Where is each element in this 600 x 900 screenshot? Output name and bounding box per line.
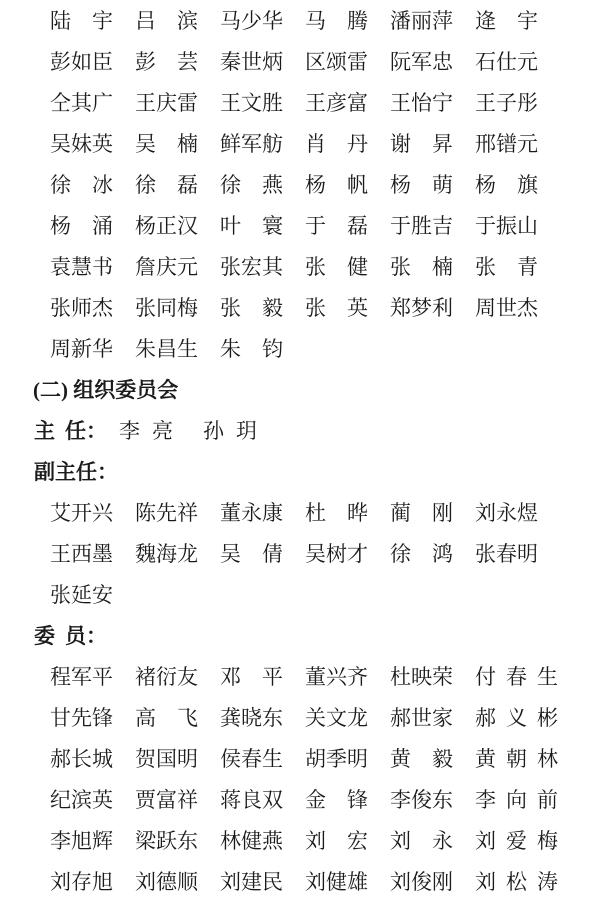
name-row: 张延安 [50,575,600,616]
role-label-row: 主任：李亮孙玥 [34,411,600,452]
name-row: 周新华朱昌生朱 钧 [50,329,600,370]
role-label-colon: ： [97,452,118,493]
name-row: 李旭辉梁跃东林健燕刘 宏刘 永刘爱梅 [50,821,600,862]
person-name: 高 飞 [135,698,198,739]
person-name: 彭 芸 [135,42,198,83]
person-name: 胡季明 [305,739,368,780]
person-name: 于振山 [475,206,538,247]
person-name: 叶 寰 [220,206,283,247]
section-heading-text: (二) 组织委员会 [33,378,178,402]
person-name: 刘存旭 [50,862,113,900]
person-name: 李亮 [119,411,173,452]
person-name: 周新华 [50,329,113,370]
name-row: 艾开兴陈先祥董永康杜 晔蔺 刚刘永煜 [50,493,600,534]
person-name: 孙玥 [203,411,257,452]
person-name: 秦世炳 [220,42,283,83]
person-name: 张宏其 [220,247,283,288]
role-label: 委员 [34,616,86,657]
name-row: 甘先锋高 飞龚晓东关文龙郝世家郝义彬 [50,698,600,739]
role-label: 副主任 [34,452,97,493]
director-names: 李亮孙玥 [119,411,287,452]
person-name: 陈先祥 [135,493,198,534]
person-name: 于 磊 [305,206,368,247]
role-label-row: 委员： [34,616,600,657]
person-name: 张 英 [305,288,368,329]
person-name: 杜 晔 [305,493,368,534]
person-name: 袁慧书 [50,247,113,288]
person-name: 谢 昇 [390,124,453,165]
person-name: 邓 平 [220,657,283,698]
person-name: 朱昌生 [135,329,198,370]
person-name: 黄朝林 [475,739,558,780]
person-name: 马 腾 [305,1,368,42]
person-name: 刘爱梅 [475,821,558,862]
person-name: 区颂雷 [305,42,368,83]
person-name: 李旭辉 [50,821,113,862]
person-name: 刘永煜 [475,493,538,534]
person-name: 徐 磊 [135,165,198,206]
person-name: 詹庆元 [135,247,198,288]
name-row: 纪滨英贾富祥蒋良双金 锋李俊东李向前 [50,780,600,821]
person-name: 邢镨元 [475,124,538,165]
person-name: 杨 帆 [305,165,368,206]
person-name: 程军平 [50,657,113,698]
person-name: 彭如臣 [50,42,113,83]
person-name: 杨 萌 [390,165,453,206]
name-row: 仝其广王庆雷王文胜王彦富王怡宁王子彤 [50,83,600,124]
person-name: 董兴齐 [305,657,368,698]
name-row: 杨 涌杨正汉叶 寰于 磊于胜吉于振山 [50,206,600,247]
person-name: 侯春生 [220,739,283,780]
person-name: 吕 滨 [135,1,198,42]
name-row: 吴妹英吴 楠鲜军舫肖 丹谢 昇邢镨元 [50,124,600,165]
person-name: 徐 燕 [220,165,283,206]
name-row: 彭如臣彭 芸秦世炳区颂雷阮军忠石仕元 [50,42,600,83]
person-name: 甘先锋 [50,698,113,739]
person-name: 龚晓东 [220,698,283,739]
person-name: 刘松涛 [475,862,558,900]
person-name: 杨 旗 [475,165,538,206]
person-name: 吴 楠 [135,124,198,165]
person-name: 徐 鸿 [390,534,453,575]
person-name: 刘 永 [390,821,453,862]
role-label-colon: ： [86,411,107,452]
section-heading: (二) 组织委员会 [33,370,600,411]
person-name: 于胜吉 [390,206,453,247]
person-name: 吴树才 [305,534,368,575]
person-name: 刘健雄 [305,862,368,900]
person-name: 张 青 [475,247,538,288]
document-page: 陆 宇吕 滨马少华马 腾潘丽萍逄 宇彭如臣彭 芸秦世炳区颂雷阮军忠石仕元仝其广王… [0,0,600,900]
name-row: 张师杰张同梅张 毅张 英郑梦利周世杰 [50,288,600,329]
person-name: 王怡宁 [390,83,453,124]
person-name: 潘丽萍 [390,1,453,42]
person-name: 张师杰 [50,288,113,329]
person-name: 周世杰 [475,288,538,329]
person-name: 张 健 [305,247,368,288]
person-name: 刘 宏 [305,821,368,862]
person-name: 郝世家 [390,698,453,739]
person-name: 石仕元 [475,42,538,83]
name-row: 陆 宇吕 滨马少华马 腾潘丽萍逄 宇 [50,1,600,42]
name-row: 王西墨魏海龙吴 倩吴树才徐 鸿张春明 [50,534,600,575]
name-row: 袁慧书詹庆元张宏其张 健张 楠张 青 [50,247,600,288]
person-name: 杜映荣 [390,657,453,698]
person-name: 刘建民 [220,862,283,900]
person-name: 王庆雷 [135,83,198,124]
person-name: 贾富祥 [135,780,198,821]
person-name: 杨 涌 [50,206,113,247]
person-name: 艾开兴 [50,493,113,534]
name-row: 程军平褚衍友邓 平董兴齐杜映荣付春生 [50,657,600,698]
person-name: 刘德顺 [135,862,198,900]
person-name: 张同梅 [135,288,198,329]
person-name: 关文龙 [305,698,368,739]
person-name: 郝义彬 [475,698,558,739]
person-name: 逄 宇 [475,1,538,42]
person-name: 肖 丹 [305,124,368,165]
person-name: 付春生 [475,657,558,698]
person-name: 王西墨 [50,534,113,575]
person-name: 张延安 [50,575,113,616]
role-label: 主任 [34,411,86,452]
person-name: 李俊东 [390,780,453,821]
person-name: 梁跃东 [135,821,198,862]
person-name: 黄 毅 [390,739,453,780]
name-row: 郝长城贺国明侯春生胡季明黄 毅黄朝林 [50,739,600,780]
person-name: 董永康 [220,493,283,534]
person-name: 郑梦利 [390,288,453,329]
person-name: 朱 钧 [220,329,283,370]
name-row: 刘存旭刘德顺刘建民刘健雄刘俊刚刘松涛 [50,862,600,900]
person-name: 徐 冰 [50,165,113,206]
person-name: 陆 宇 [50,1,113,42]
person-name: 蒋良双 [220,780,283,821]
person-name: 张 楠 [390,247,453,288]
person-name: 吴 倩 [220,534,283,575]
person-name: 林健燕 [220,821,283,862]
person-name: 褚衍友 [135,657,198,698]
person-name: 魏海龙 [135,534,198,575]
name-row: 徐 冰徐 磊徐 燕杨 帆杨 萌杨 旗 [50,165,600,206]
person-name: 张春明 [475,534,538,575]
person-name: 金 锋 [305,780,368,821]
person-name: 杨正汉 [135,206,198,247]
person-name: 王彦富 [305,83,368,124]
person-name: 王子彤 [475,83,538,124]
person-name: 马少华 [220,1,283,42]
role-label-row: 副主任： [34,452,600,493]
person-name: 李向前 [475,780,558,821]
person-name: 仝其广 [50,83,113,124]
person-name: 郝长城 [50,739,113,780]
person-name: 鲜军舫 [220,124,283,165]
person-name: 纪滨英 [50,780,113,821]
person-name: 阮军忠 [390,42,453,83]
person-name: 吴妹英 [50,124,113,165]
person-name: 蔺 刚 [390,493,453,534]
person-name: 贺国明 [135,739,198,780]
person-name: 刘俊刚 [390,862,453,900]
role-label-colon: ： [86,616,107,657]
person-name: 王文胜 [220,83,283,124]
person-name: 张 毅 [220,288,283,329]
